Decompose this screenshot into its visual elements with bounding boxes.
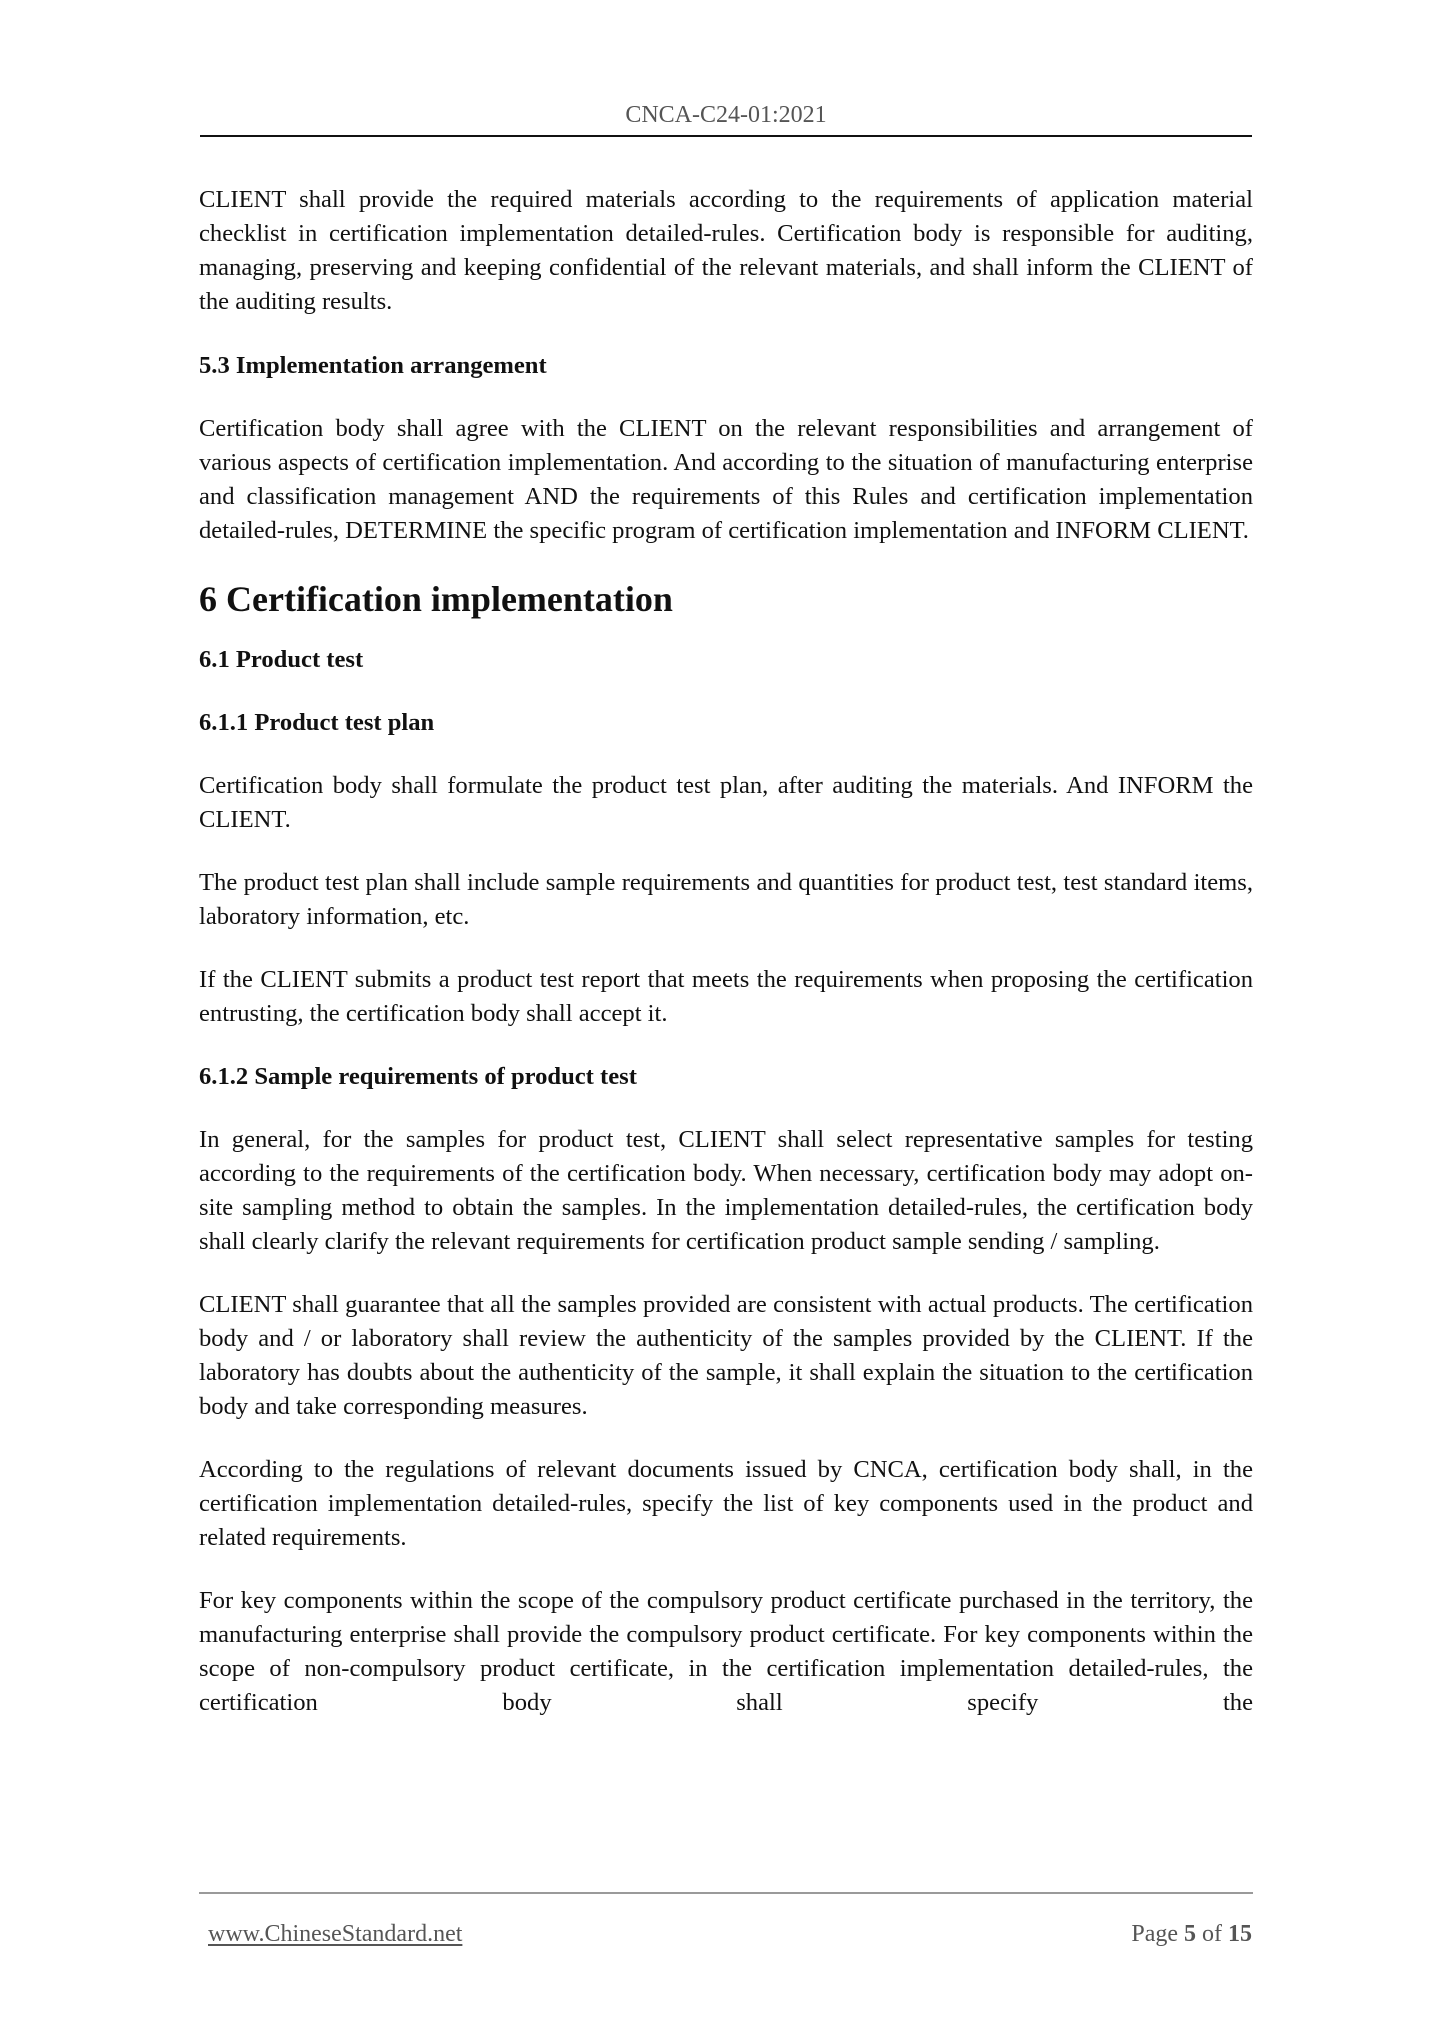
paragraph-sample-authenticity: CLIENT shall guarantee that all the samp… xyxy=(199,1288,1253,1424)
page-content: CLIENT shall provide the required materi… xyxy=(199,183,1253,1749)
header-divider xyxy=(200,135,1252,137)
heading-5-3: 5.3 Implementation arrangement xyxy=(199,349,1253,383)
heading-6: 6 Certification implementation xyxy=(199,577,1253,621)
heading-6-1-1: 6.1.1 Product test plan xyxy=(199,706,1253,740)
footer-divider xyxy=(199,1892,1253,1894)
heading-6-1-2: 6.1.2 Sample requirements of product tes… xyxy=(199,1060,1253,1094)
paragraph-client-materials: CLIENT shall provide the required materi… xyxy=(199,183,1253,319)
heading-6-1: 6.1 Product test xyxy=(199,643,1253,677)
paragraph-key-components-list: According to the regulations of relevant… xyxy=(199,1453,1253,1555)
page-current: 5 xyxy=(1184,1921,1196,1947)
paragraph-key-components-certificate: For key components within the scope of t… xyxy=(199,1584,1253,1720)
page-prefix: Page xyxy=(1131,1921,1184,1947)
paragraph-test-report-accept: If the CLIENT submits a product test rep… xyxy=(199,963,1253,1031)
paragraph-implementation-arrangement: Certification body shall agree with the … xyxy=(199,412,1253,548)
paragraph-sample-selection: In general, for the samples for product … xyxy=(199,1123,1253,1259)
document-code-header: CNCA-C24-01:2021 xyxy=(200,100,1252,130)
website-link[interactable]: www.ChineseStandard.net xyxy=(208,1919,462,1949)
page-indicator: Page 5 of 15 xyxy=(1131,1919,1252,1949)
paragraph-test-plan-contents: The product test plan shall include samp… xyxy=(199,866,1253,934)
page-of: of xyxy=(1196,1921,1228,1947)
paragraph-test-plan-formulate: Certification body shall formulate the p… xyxy=(199,769,1253,837)
page-total: 15 xyxy=(1228,1921,1252,1947)
